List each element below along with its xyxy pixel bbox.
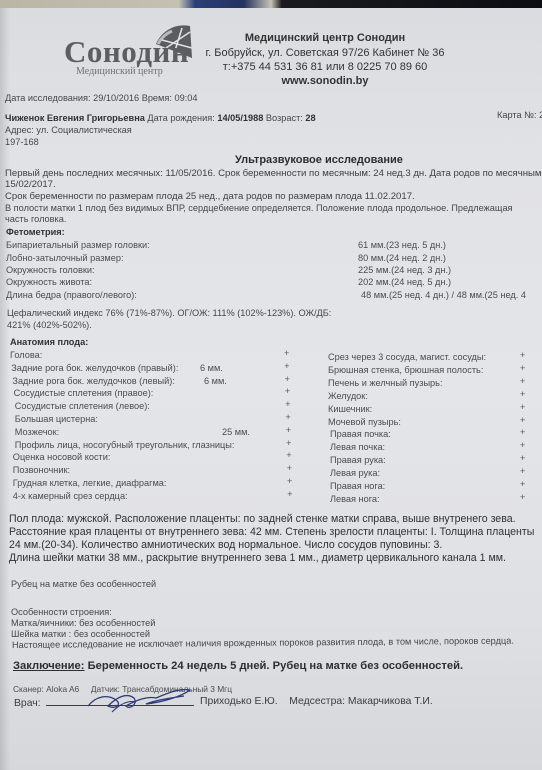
normal-mark: +: [287, 476, 292, 486]
structure-cervix: Шейка матки : без особенностей: [11, 629, 150, 639]
doctor-label: Врач:: [14, 698, 41, 709]
anatomy-item-value: 6 мм.: [204, 376, 227, 386]
intro-line-1: Первый день последних месячных: 11/05/20…: [5, 168, 542, 179]
exam-time-label: Время:: [142, 93, 172, 103]
fetometry-label: Окружность головки:: [6, 265, 95, 275]
card-label: Карта №:: [497, 110, 537, 120]
anatomy-item-label: Желудок:: [328, 391, 368, 401]
center-name: Медицинский центр Сонодин: [200, 32, 450, 44]
anatomy-item-label: Оценка носовой кости:: [13, 452, 111, 462]
fetometry-label: Длина бедра (правого/левого):: [6, 290, 137, 300]
intro-line-2: 15/02/2017.: [5, 179, 56, 190]
signature-scribble-icon: [86, 684, 196, 716]
anatomy-item-label: Брюшная стенка, брюшная полость:: [328, 365, 483, 375]
normal-mark: +: [284, 361, 289, 371]
anatomy-item-label: Профиль лица, носогубный треугольник, гл…: [15, 440, 235, 450]
normal-mark: +: [520, 453, 525, 463]
normal-mark: +: [285, 374, 290, 384]
center-address: г. Бобруйск, ул. Советская 97/26 Кабинет…: [200, 47, 450, 59]
structure-heading: Особенности строения:: [11, 607, 112, 617]
patient-address: Адрес: ул. Социалистическая: [5, 125, 132, 135]
anatomy-item-label: Голова:: [10, 350, 42, 360]
intro-line-3: Срок беременности по размерам плода 25 н…: [5, 191, 415, 202]
intro-line-4: В полости матки 1 плод без видимых ВПР, …: [5, 203, 513, 213]
normal-mark: +: [520, 389, 525, 399]
anatomy-heading: Анатомия плода:: [10, 337, 88, 347]
ultrasound-report-page: Сонодин Медицинский центр Медицинский це…: [0, 8, 542, 770]
normal-mark: +: [286, 438, 291, 448]
normal-mark: +: [520, 440, 525, 450]
scanner: Сканер: Aloka A6: [13, 684, 79, 694]
conclusion: Заключение: Беременность 24 недель 5 дне…: [13, 660, 463, 672]
normal-mark: +: [520, 479, 525, 489]
anatomy-item-label: Мозжечок:: [15, 427, 59, 437]
fetometry-heading: Фетометрия:: [6, 227, 65, 237]
placenta-line-3: 24 мм.(20-34). Количество амниотических …: [9, 539, 442, 551]
uterine-scar-note: Рубец на матке без особенностей: [11, 579, 156, 589]
normal-mark: +: [520, 415, 525, 425]
card-number-line: Карта №: 205: [497, 110, 542, 120]
anatomy-item-label: Левая почка:: [330, 442, 385, 452]
anatomy-item-label: Левая рука:: [330, 468, 380, 478]
normal-mark: +: [520, 466, 525, 476]
report-title: Ультразвуковое исследование: [235, 154, 403, 166]
placenta-line-4: Длина шейки матки 38 мм., раскрытие внут…: [9, 552, 506, 564]
anatomy-item-label: Сосудистые сплетения (правое):: [14, 388, 154, 398]
normal-mark: +: [286, 412, 291, 422]
anatomy-item-label: Правая почка:: [330, 429, 391, 439]
structure-uterus: Матка/яичники: без особенностей: [11, 618, 155, 628]
anatomy-item-label: Правая рука:: [330, 455, 386, 465]
fetometry-value: 61 мм.(23 нед. 5 дн.): [358, 240, 446, 250]
logo-subtitle: Медицинский центр: [76, 66, 163, 77]
fetometry-label: Бипариетальный размер головки:: [6, 240, 150, 250]
signatures-line: Приходько Е.Ю. Медсестра: Макарчикова Т.…: [200, 696, 433, 707]
normal-mark: +: [284, 348, 289, 358]
center-phones: т:+375 44 531 36 81 или 8 0225 70 89 60: [200, 61, 450, 73]
normal-mark: +: [287, 463, 292, 473]
nurse: Медсестра: Макарчикова Т.И.: [289, 696, 432, 707]
placenta-line-1: Пол плода: мужской. Расположение плацент…: [9, 513, 516, 525]
fetometry-value: 225 мм.(24 нед. 3 дн.): [358, 265, 451, 275]
anatomy-item-label: 4-х камерный срез сердца:: [13, 491, 128, 501]
intro-line-5: часть головка.: [5, 214, 66, 224]
address-label: Адрес:: [5, 125, 34, 135]
center-website[interactable]: www.sonodin.by: [200, 75, 450, 87]
anatomy-item-label: Кишечник:: [328, 404, 372, 414]
patient-line: Чиженок Евгения Григорьевна Дата рождени…: [5, 113, 316, 123]
conclusion-text: Беременность 24 недель 5 дней. Рубец на …: [88, 660, 463, 672]
normal-mark: +: [520, 363, 525, 373]
anatomy-item-label: Позвоночник:: [13, 465, 70, 475]
exam-date-label: Дата исследования:: [5, 93, 91, 103]
patient-age: 28: [305, 113, 315, 123]
anatomy-item-label: Правая нога:: [330, 481, 385, 491]
anatomy-item-label: Левая нога:: [330, 494, 380, 504]
indices-line-2: 421% (402%-502%).: [7, 320, 92, 330]
fetometry-value: 80 мм.(24 нед. 2 дн.): [358, 253, 446, 263]
fetometry-label: Лобно-затылочный размер:: [6, 253, 124, 263]
anatomy-item-label: Мочевой пузырь:: [328, 417, 401, 427]
anatomy-item-label: Грудная клетка, легкие, диафрагма:: [13, 478, 167, 488]
anatomy-item-label: Задние рога бок. желудочков (левый):: [12, 376, 175, 386]
doctor-name: Приходько Е.Ю.: [200, 696, 278, 707]
normal-mark: +: [520, 350, 525, 360]
anatomy-item-value: 25 мм.: [222, 427, 250, 437]
anatomy-item-label: Большая цистерна:: [15, 414, 98, 424]
exam-date-line: Дата исследования: 29/10/2016 Время: 09:…: [5, 93, 197, 103]
patient-name: Чиженок Евгения Григорьевна: [5, 113, 145, 123]
placenta-line-2: Расстояние края плаценты от внутреннего …: [9, 526, 534, 538]
conclusion-label: Заключение:: [13, 660, 85, 672]
anatomy-item-label: Срез через 3 сосуда, магист. сосуды:: [328, 352, 486, 362]
normal-mark: +: [286, 425, 291, 435]
normal-mark: +: [520, 376, 525, 386]
fetometry-value: 48 мм.(25 нед. 4 дн.) / 48 мм.(25 нед. 4: [361, 290, 526, 300]
anatomy-item-label: Сосудистые сплетения (левое):: [15, 401, 150, 411]
normal-mark: +: [520, 492, 525, 502]
normal-mark: +: [520, 427, 525, 437]
fetometry-value: 202 мм.(24 нед. 5 дн.): [358, 277, 451, 287]
anatomy-item-label: Задние рога бок. желудочков (правый):: [11, 363, 178, 373]
anatomy-item-value: 6 мм.: [200, 363, 223, 373]
exam-time: 09:04: [174, 93, 197, 103]
normal-mark: +: [520, 402, 525, 412]
normal-mark: +: [285, 386, 290, 396]
dob-label: Дата рождения:: [147, 113, 214, 123]
anatomy-item-label: Печень и желчный пузырь:: [328, 378, 443, 388]
normal-mark: +: [286, 450, 291, 460]
patient-dob: 14/05/1988: [217, 113, 263, 123]
normal-mark: +: [285, 399, 290, 409]
logo-name: Сонодин: [64, 34, 189, 70]
age-label: Возраст:: [266, 113, 303, 123]
normal-mark: +: [287, 489, 292, 499]
exam-date: 29/10/2016: [93, 93, 139, 103]
address-line1: ул. Социалистическая: [36, 125, 131, 135]
address-line2: 197-168: [5, 137, 39, 147]
fetometry-label: Окружность живота:: [6, 277, 92, 287]
indices-line-1: Цефалический индекс 76% (71%-87%). ОГ/ОЖ…: [7, 308, 331, 318]
